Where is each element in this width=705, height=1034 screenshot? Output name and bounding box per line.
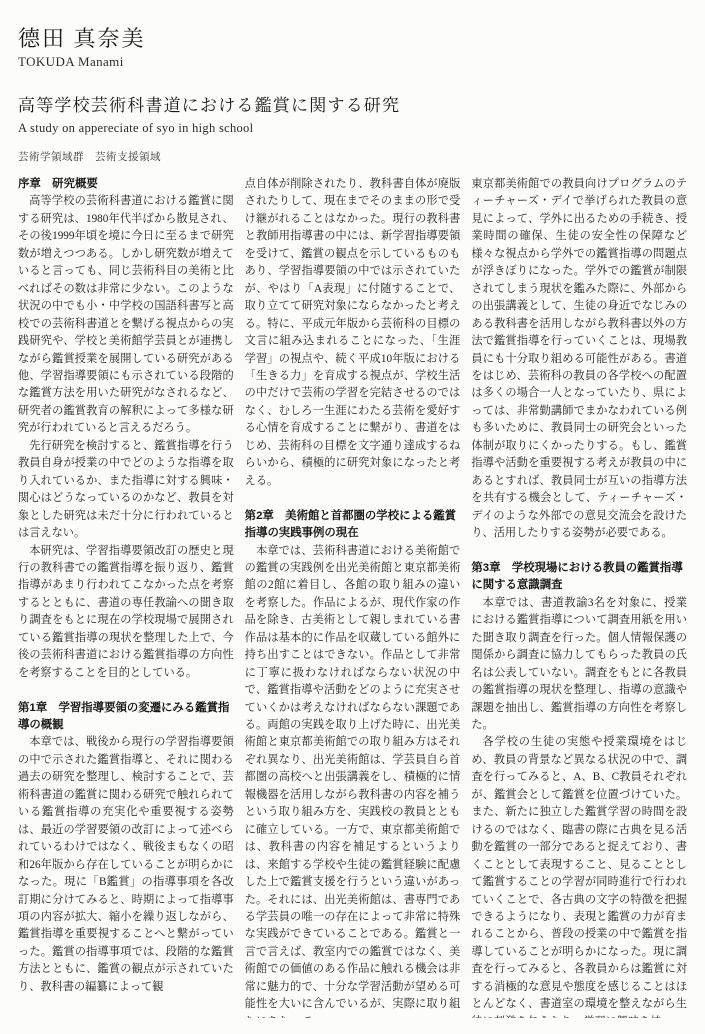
paragraph-chapter2-continued: 東京都美術館での教員向けプログラムのティーチャーズ・デイで挙げられた教員の意見に…	[471, 176, 687, 543]
affiliation: 芸術学領域群 芸術支援領域	[18, 149, 678, 164]
author-name-en: TOKUDA Manami	[18, 54, 678, 70]
paragraph-intro-3: 本研究は、学習指導要領改訂の歴史と現行の教科書での鑑賞指導を振り返り、鑑賞指導が…	[18, 543, 234, 683]
paragraph-intro-2: 先行研究を検討すると、鑑賞指導を行う教員自身が授業の中でどのような指導を取り入れ…	[18, 438, 234, 543]
section-heading-intro: 序章 研究概要	[18, 176, 234, 193]
paragraph-chapter3-1: 本章では、書道教諭3名を対象に、授業における鑑賞指導について調査用紙を用いた聞き…	[471, 595, 687, 735]
column-3: 東京都美術館での教員向けプログラムのティーチャーズ・デイで挙げられた教員の意見に…	[471, 176, 687, 1018]
paragraph-chapter1-continued: 点自体が削除されたり、教科書自体が廃版されたりして、現在までそのままの形で受け継…	[245, 176, 461, 490]
paper-page: 德田 真奈美 TOKUDA Manami 高等学校芸術科書道における鑑賞に関する…	[0, 0, 705, 1034]
paper-title-jp: 高等学校芸術科書道における鑑賞に関する研究	[18, 91, 678, 116]
column-1: 序章 研究概要 高等学校の芸術科書道における鑑賞に関する研究は、1980年代半ば…	[18, 176, 234, 1018]
paragraph-chapter2: 本章では、芸術科書道における美術館での鑑賞の実践例を出光美術館と東京都美術館の2…	[245, 543, 461, 1019]
section-heading-chapter3: 第3章 学校現場における教員の鑑賞指導に関する意識調査	[471, 560, 687, 595]
author-name-jp: 德田 真奈美	[18, 26, 678, 51]
section-heading-chapter2: 第2章 美術館と首都圏の学校による鑑賞指導の実践事例の現在	[245, 508, 461, 543]
paper-title-en: A study on appereciate of syo in high sc…	[18, 121, 678, 136]
paragraph-intro-1: 高等学校の芸術科書道における鑑賞に関する研究は、1980年代半ばから散見され、そ…	[18, 193, 234, 437]
paragraph-chapter3-2: 各学校の生徒の実態や授業環境をはじめ、教員の背景など異なる状況の中で、調査を行っ…	[471, 734, 687, 1018]
paragraph-chapter1: 本章では、戦後から現行の学習指導要領の中で示された鑑賞指導と、それに関わる過去の…	[18, 734, 234, 996]
paper-header: 德田 真奈美 TOKUDA Manami 高等学校芸術科書道における鑑賞に関する…	[18, 26, 678, 164]
column-2: 点自体が削除されたり、教科書自体が廃版されたりして、現在までそのままの形で受け継…	[245, 176, 461, 1018]
text-columns: 序章 研究概要 高等学校の芸術科書道における鑑賞に関する研究は、1980年代半ば…	[18, 176, 687, 1018]
section-heading-chapter1: 第1章 学習指導要領の変遷にみる鑑賞指導の概観	[18, 700, 234, 735]
